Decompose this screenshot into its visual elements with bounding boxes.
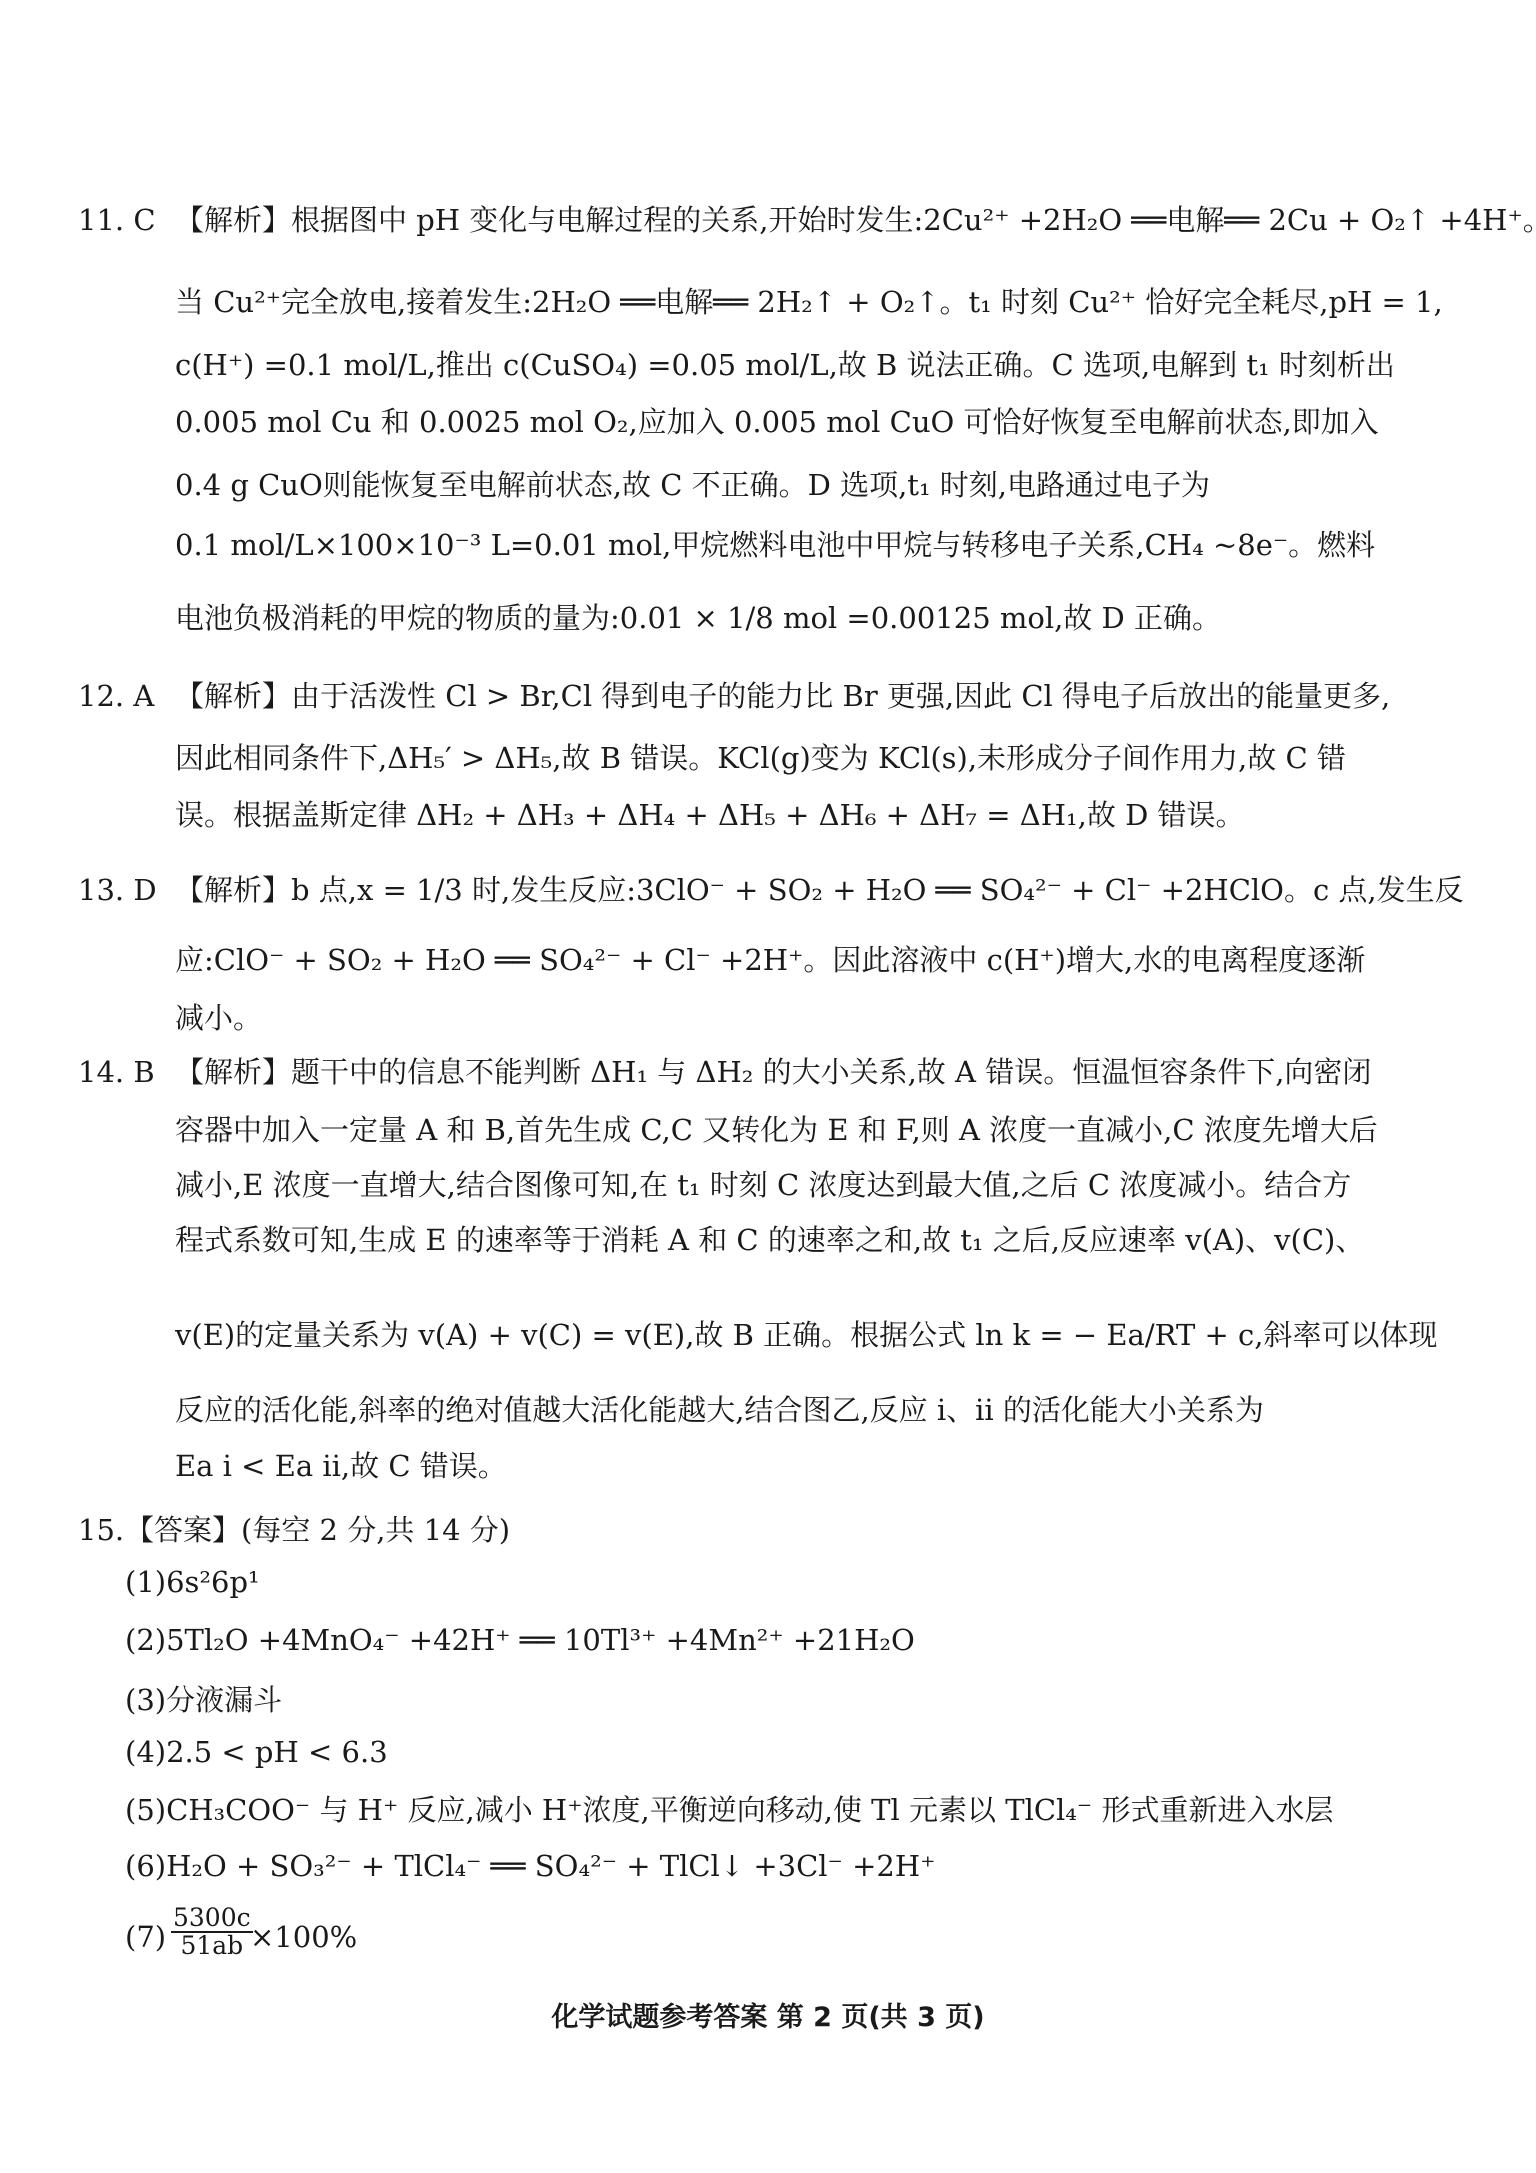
q15-answer-6-text: (6)H₂O + SO₃²⁻ + TlCl₄⁻ ══ SO₄²⁻ + TlCl↓… bbox=[125, 1846, 935, 1886]
q11-text-6: 0.1 mol/L×100×10⁻³ L=0.01 mol,甲烷燃料电池中甲烷与… bbox=[175, 525, 1375, 565]
q15-header: 【答案】(每空 2 分,共 14 分) bbox=[125, 1510, 510, 1550]
q12-text-2: 因此相同条件下,ΔH₅′ > ΔH₅,故 B 错误。KCl(g)变为 KCl(s… bbox=[175, 738, 1346, 778]
q15-answer-7-label: (7) bbox=[125, 1917, 166, 1957]
q14-text-6: 反应的活化能,斜率的绝对值越大活化能越大,结合图乙,反应 ⅰ、ⅱ 的活化能大小关… bbox=[175, 1390, 1264, 1430]
q12-number: 12. A bbox=[78, 676, 154, 716]
q15-answer-5-text: (5)CH₃COO⁻ 与 H⁺ 反应,减小 H⁺浓度,平衡逆向移动,使 Tl 元… bbox=[125, 1790, 1333, 1830]
q15-answer-7-fraction: 5300c 51ab bbox=[171, 1905, 253, 1959]
q14-text-5: v(E)的定量关系为 v(A) + v(C) = v(E),故 B 正确。根据公… bbox=[175, 1315, 1437, 1355]
q11-text-1: 【解析】根据图中 pH 变化与电解过程的关系,开始时发生:2Cu²⁺ +2H₂O… bbox=[175, 200, 1536, 240]
q13-number: 13. D bbox=[78, 870, 157, 910]
fraction-numerator: 5300c bbox=[171, 1905, 253, 1933]
q12-text-1: 【解析】由于活泼性 Cl > Br,Cl 得到电子的能力比 Br 更强,因此 C… bbox=[175, 676, 1390, 716]
q11-text-7: 电池负极消耗的甲烷的物质的量为:0.01 × 1/8 mol =0.00125 … bbox=[175, 598, 1221, 638]
q13-text-2: 应:ClO⁻ + SO₂ + H₂O ══ SO₄²⁻ + Cl⁻ +2H⁺。因… bbox=[175, 940, 1365, 980]
page-footer: 化学试题参考答案 第 2 页(共 3 页) bbox=[0, 1995, 1536, 2034]
q15-answer-4-text: (4)2.5 < pH < 6.3 bbox=[125, 1732, 388, 1772]
q13-text-1: 【解析】b 点,x = 1/3 时,发生反应:3ClO⁻ + SO₂ + H₂O… bbox=[175, 870, 1464, 910]
q11-text-4: 0.005 mol Cu 和 0.0025 mol O₂,应加入 0.005 m… bbox=[175, 402, 1379, 442]
q14-text-4: 程式系数可知,生成 E 的速率等于消耗 A 和 C 的速率之和,故 t₁ 之后,… bbox=[175, 1220, 1364, 1260]
q11-number: 11. C bbox=[78, 200, 156, 240]
fraction-denominator: 51ab bbox=[171, 1933, 253, 1959]
q11-text-2: 当 Cu²⁺完全放电,接着发生:2H₂O ══电解══ 2H₂↑ + O₂↑。t… bbox=[175, 282, 1443, 322]
q14-text-1: 【解析】题干中的信息不能判断 ΔH₁ 与 ΔH₂ 的大小关系,故 A 错误。恒温… bbox=[175, 1052, 1371, 1092]
q15-answer-3-text: (3)分液漏斗 bbox=[125, 1680, 282, 1720]
q14-text-7: Ea ⅰ < Ea ⅱ,故 C 错误。 bbox=[175, 1446, 507, 1486]
q15-answer-7-tail: ×100% bbox=[250, 1917, 357, 1957]
q15-answer-2-text: (2)5Tl₂O +4MnO₄⁻ +42H⁺ ══ 10Tl³⁺ +4Mn²⁺ … bbox=[125, 1620, 915, 1660]
q12-text-3: 误。根据盖斯定律 ΔH₂ + ΔH₃ + ΔH₄ + ΔH₅ + ΔH₆ + Δ… bbox=[175, 795, 1245, 835]
q14-text-2: 容器中加入一定量 A 和 B,首先生成 C,C 又转化为 E 和 F,则 A 浓… bbox=[175, 1110, 1378, 1150]
q14-number: 14. B bbox=[78, 1052, 155, 1092]
q11-text-3: c(H⁺) =0.1 mol/L,推出 c(CuSO₄) =0.05 mol/L… bbox=[175, 345, 1395, 385]
q14-text-3: 减小,E 浓度一直增大,结合图像可知,在 t₁ 时刻 C 浓度达到最大值,之后 … bbox=[175, 1165, 1351, 1205]
q15-answer-1-text: (1)6s²6p¹ bbox=[125, 1562, 260, 1602]
q11-text-5: 0.4 g CuO则能恢复至电解前状态,故 C 不正确。D 选项,t₁ 时刻,电… bbox=[175, 465, 1210, 505]
q15-number: 15. bbox=[78, 1510, 124, 1550]
q13-text-3: 减小。 bbox=[175, 998, 262, 1038]
